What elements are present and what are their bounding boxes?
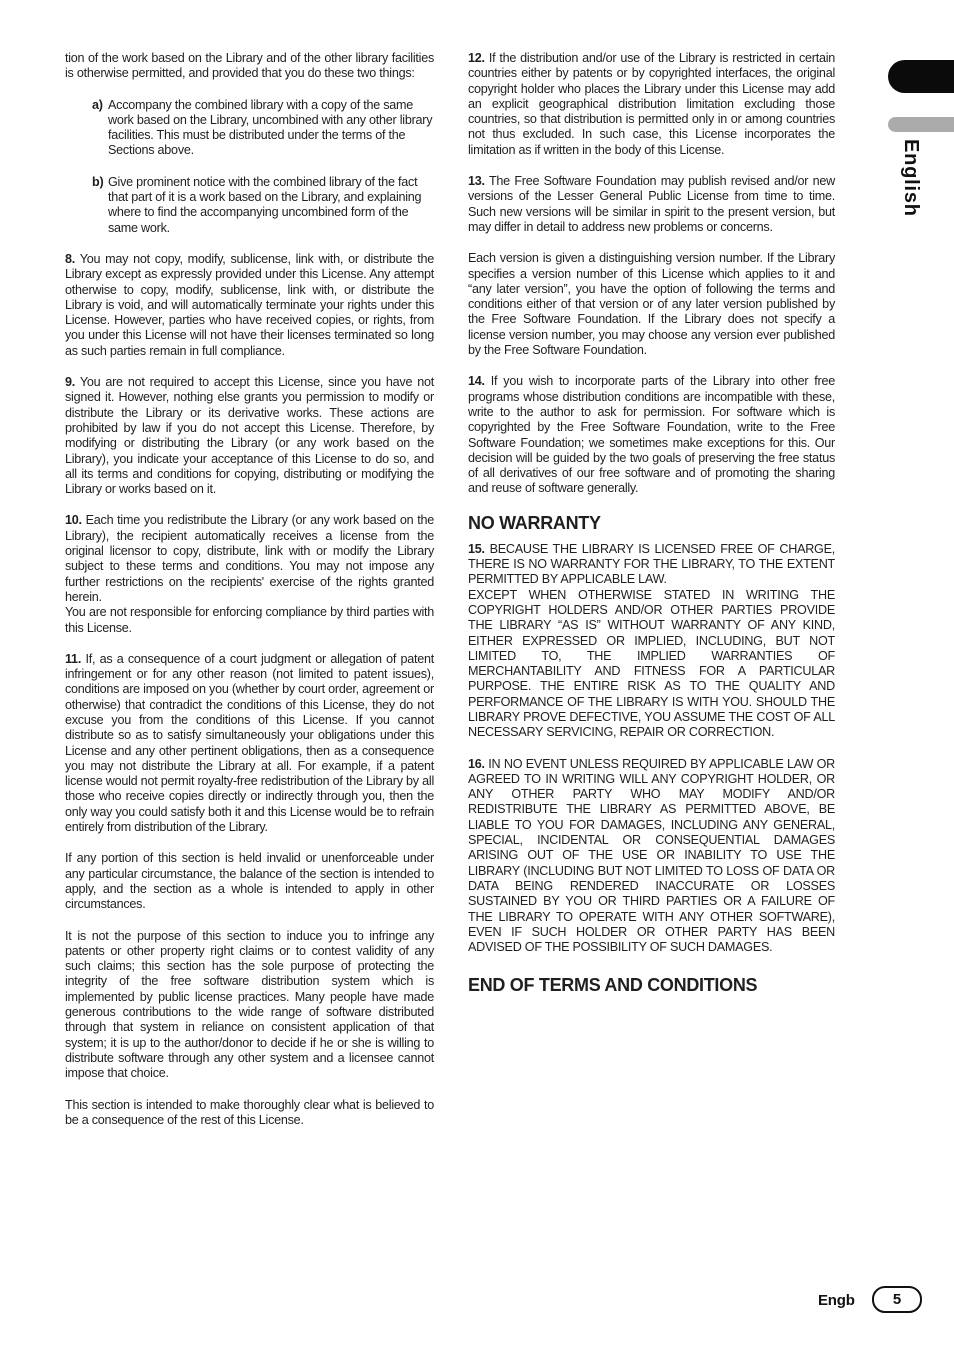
paragraph-number: 10. bbox=[65, 513, 82, 527]
paragraph-number: 13. bbox=[468, 174, 485, 188]
paragraph-text-continued: You are not responsible for enforcing co… bbox=[65, 605, 434, 634]
paragraph-text: If the distribution and/or use of the Li… bbox=[468, 51, 835, 157]
paragraph-text: If any portion of this section is held i… bbox=[65, 851, 434, 911]
paragraph-text: It is not the purpose of this section to… bbox=[65, 929, 434, 1081]
paragraph-15: 15. BECAUSE THE LIBRARY IS LICENSED FREE… bbox=[468, 542, 835, 741]
paragraph-continuation: tion of the work based on the Library an… bbox=[65, 51, 434, 82]
paragraph-number: 8. bbox=[65, 252, 75, 266]
paragraph-12: 12. If the distribution and/or use of th… bbox=[468, 51, 835, 158]
paragraph-text: You may not copy, modify, sublicense, li… bbox=[65, 252, 434, 358]
language-tab-label: English bbox=[899, 139, 922, 217]
paragraph-text: If, as a consequence of a court judgment… bbox=[65, 652, 434, 834]
paragraph-number: 9. bbox=[65, 375, 75, 389]
paragraph-text: This section is intended to make thoroug… bbox=[65, 1098, 434, 1127]
list-item-text: Give prominent notice with the combined … bbox=[108, 175, 434, 236]
paragraph-13: 13. The Free Software Foundation may pub… bbox=[468, 174, 835, 235]
paragraph-version-numbering: Each version is given a distinguishing v… bbox=[468, 251, 835, 358]
paragraph-14: 14. If you wish to incorporate parts of … bbox=[468, 374, 835, 496]
paragraph-9: 9. You are not required to accept this L… bbox=[65, 375, 434, 497]
page-number-badge: 5 bbox=[872, 1286, 922, 1313]
left-column: tion of the work based on the Library an… bbox=[65, 51, 434, 1144]
paragraph-number: 16. bbox=[468, 757, 485, 771]
paragraph-section-validity: If any portion of this section is held i… bbox=[65, 851, 434, 912]
no-warranty-heading: NO WARRANTY bbox=[468, 513, 835, 533]
paragraph-10: 10. Each time you redistribute the Libra… bbox=[65, 513, 434, 635]
language-tab-inactive-indicator bbox=[888, 117, 954, 132]
right-column: 12. If the distribution and/or use of th… bbox=[468, 51, 835, 995]
list-item-b: b) Give prominent notice with the combin… bbox=[92, 175, 434, 236]
paragraph-11: 11. If, as a consequence of a court judg… bbox=[65, 652, 434, 836]
paragraph-text: If you wish to incorporate parts of the … bbox=[468, 374, 835, 495]
paragraph-section-summary: This section is intended to make thoroug… bbox=[65, 1098, 434, 1129]
list-item-label: b) bbox=[92, 175, 108, 236]
paragraph-text: The Free Software Foundation may publish… bbox=[468, 174, 835, 234]
paragraph-8: 8. You may not copy, modify, sublicense,… bbox=[65, 252, 434, 359]
paragraph-text: You are not required to accept this Lice… bbox=[65, 375, 434, 496]
list-item-label: a) bbox=[92, 98, 108, 159]
paragraph-number: 14. bbox=[468, 374, 485, 388]
paragraph-text: Each version is given a distinguishing v… bbox=[468, 251, 835, 357]
paragraph-text: BECAUSE THE LIBRARY IS LICENSED FREE OF … bbox=[468, 542, 835, 587]
list-item-text: Accompany the combined library with a co… bbox=[108, 98, 434, 159]
paragraph-16: 16. IN NO EVENT UNLESS REQUIRED BY APPLI… bbox=[468, 757, 835, 956]
page-number: 5 bbox=[893, 1291, 901, 1308]
list-item-a: a) Accompany the combined library with a… bbox=[92, 98, 434, 159]
paragraph-number: 11. bbox=[65, 652, 81, 666]
footer-region-code: Engb bbox=[818, 1292, 855, 1309]
paragraph-text: Each time you redistribute the Library (… bbox=[65, 513, 434, 603]
paragraph-text: tion of the work based on the Library an… bbox=[65, 51, 434, 80]
paragraph-text: IN NO EVENT UNLESS REQUIRED BY APPLICABL… bbox=[468, 757, 835, 955]
end-of-terms-heading: END OF TERMS AND CONDITIONS bbox=[468, 975, 835, 995]
language-tab-active-indicator bbox=[888, 60, 954, 93]
paragraph-number: 12. bbox=[468, 51, 485, 65]
paragraph-text-continued: EXCEPT WHEN OTHERWISE STATED IN WRITING … bbox=[468, 588, 835, 740]
paragraph-number: 15. bbox=[468, 542, 485, 556]
paragraph-section-purpose: It is not the purpose of this section to… bbox=[65, 929, 434, 1082]
